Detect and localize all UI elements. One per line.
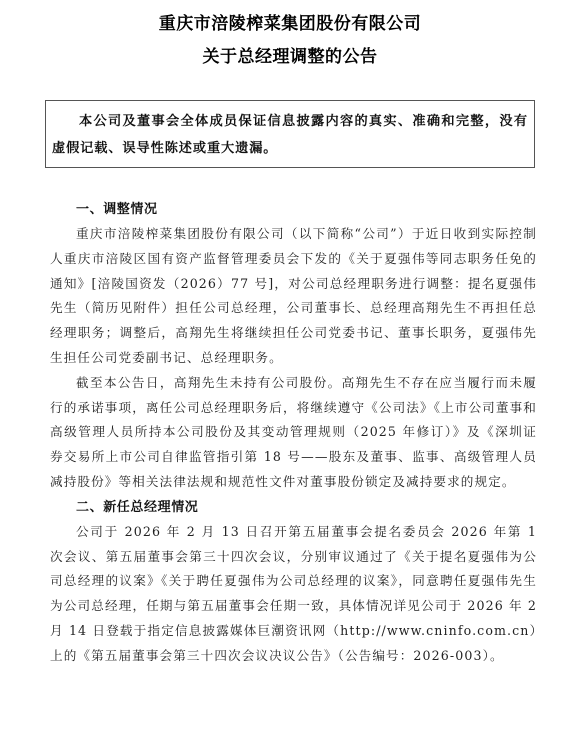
disclosure-notice-box: 本公司及董事会全体成员保证信息披露内容的真实、准确和完整，没有虚假记载、误导性陈… (45, 100, 535, 168)
announcement-body: 一、调整情况 重庆市涪陵榨菜集团股份有限公司（以下简称“公司”）于近日收到实际控… (50, 197, 537, 669)
paragraph: 公司于 2026 年 2 月 13 日召开第五届董事会提名委员会 2026 年第… (50, 520, 537, 669)
section-adjustment: 一、调整情况 重庆市涪陵榨菜集团股份有限公司（以下简称“公司”）于近日收到实际控… (50, 197, 537, 495)
paragraph: 重庆市涪陵榨菜集团股份有限公司（以下简称“公司”）于近日收到实际控制人重庆市涪陵… (50, 222, 537, 371)
section-new-general-manager: 二、新任总经理情况 公司于 2026 年 2 月 13 日召开第五届董事会提名委… (50, 495, 537, 669)
announcement-title: 关于总经理调整的公告 (0, 42, 580, 67)
disclosure-notice-text: 本公司及董事会全体成员保证信息披露内容的真实、准确和完整，没有虚假记载、误导性陈… (52, 108, 528, 162)
section-heading: 一、调整情况 (50, 197, 537, 222)
paragraph: 截至本公告日，高翔先生未持有公司股份。高翔先生不存在应当履行而未履行的承诺事项，… (50, 371, 537, 495)
section-heading: 二、新任总经理情况 (50, 495, 537, 520)
company-title: 重庆市涪陵榨菜集团股份有限公司 (0, 9, 580, 34)
